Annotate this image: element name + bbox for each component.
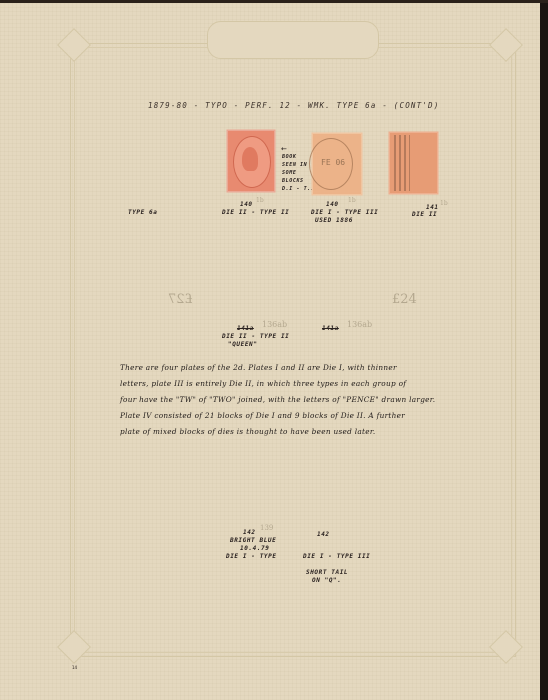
bar-cancel — [394, 135, 410, 191]
stamp-141-orange[interactable] — [390, 133, 437, 193]
postmark-date: FE 06 — [321, 158, 345, 167]
stamp-1-pencil-ref: 1b — [256, 197, 264, 204]
bottom-slot-1-description: DIE I - TYPE — [226, 552, 277, 561]
paragraph-line: Plate IV consisted of 21 blocks of Die I… — [120, 408, 450, 424]
empty-slot-2-catalog: 136ab — [347, 320, 372, 329]
stamp-140-red[interactable] — [228, 131, 274, 191]
stamp-2-pencil-ref: 1b — [348, 197, 356, 204]
arrow-left-icon: ← — [281, 145, 287, 153]
empty-slot-2-number: 141a — [322, 324, 339, 333]
paragraph-line: letters, plate III is entirely Die II, i… — [120, 376, 450, 392]
queen-portrait-icon — [242, 147, 258, 171]
paragraph-line: four have the "TW" of "TWO" joined, with… — [120, 392, 450, 408]
header-cartouche — [207, 21, 379, 59]
empty-slot-2-pencil-price: £24 — [392, 292, 417, 307]
bottom-slot-2-number: 142 — [317, 530, 330, 539]
paragraph-line: There are four plates of the 2d. Plates … — [120, 360, 450, 376]
album-page: 1879-80 - TYPO - PERF. 12 - WMK. TYPE 6a… — [0, 3, 540, 700]
stamp-3-pencil-ref: 1b — [440, 200, 448, 207]
stamp-3-description: DIE II — [412, 210, 437, 219]
page-number: 14 — [72, 665, 77, 670]
empty-slot-1-pencil-price: £27 — [168, 292, 193, 307]
empty-slot-1-variety: "QUEEN" — [228, 340, 258, 349]
empty-slot-1-catalog: 136ab — [262, 320, 287, 329]
paragraph-line: plate of mixed blocks of dies is thought… — [120, 424, 450, 440]
notes-paragraph: There are four plates of the 2d. Plates … — [120, 360, 450, 440]
page-border-inner — [74, 47, 512, 653]
stamp-1-description: DIE II - TYPE II — [222, 208, 289, 217]
stamp-140-orange-used[interactable]: FE 06 — [313, 134, 361, 194]
bottom-slot-2-description: DIE I - TYPE III — [303, 552, 370, 561]
stamp-2-used: USED 1886 — [315, 216, 353, 225]
bottom-slot-2-note-2: ON "Q". — [312, 576, 342, 585]
faint-pencil-note — [123, 179, 125, 186]
type-label: TYPE 6a — [128, 208, 158, 217]
page-title: 1879-80 - TYPO - PERF. 12 - WMK. TYPE 6a… — [148, 101, 439, 110]
bottom-slot-1-pencil-ref: 139 — [260, 524, 273, 532]
